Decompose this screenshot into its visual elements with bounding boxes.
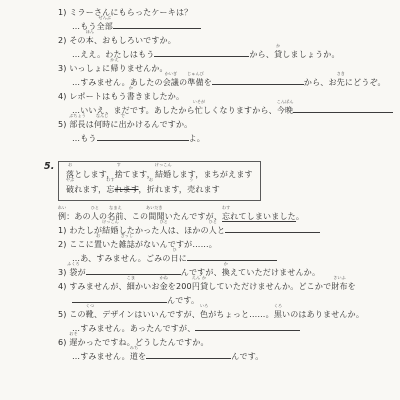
ruby-kanji: 今晩こんばん — [277, 104, 293, 118]
furigana: えん — [192, 276, 200, 280]
furigana: じゅんび — [187, 72, 204, 76]
furigana: いそが — [193, 100, 206, 104]
ruby-kanji: 準備じゅんび — [187, 76, 203, 90]
furigana: う — [189, 178, 193, 182]
furigana: わす — [222, 206, 230, 210]
furigana: さいふ — [333, 276, 346, 280]
furigana: ふくろ — [67, 262, 80, 266]
ruby-kanji: 日ひ — [171, 252, 179, 266]
furigana: ひと — [159, 220, 167, 224]
exercise-5-header: 5. 落おとします，捨すてます，結婚けっこんします，まちがえます破やぶれます，忘… — [44, 161, 400, 201]
text-line: …いいえ、まだです。あしたから忙いそがしくなりますから、今晩こんばん — [58, 104, 400, 118]
furigana: さき — [337, 72, 345, 76]
furigana: なまえ — [109, 206, 122, 210]
answer-blank — [212, 77, 304, 85]
answer-blank — [154, 49, 249, 57]
furigana: けっこん — [155, 163, 172, 167]
furigana: おそ — [69, 332, 77, 336]
furigana: くつ — [86, 304, 94, 308]
ruby-kanji: 貸か — [200, 280, 208, 294]
answer-blank — [293, 105, 393, 113]
furigana: れい — [58, 206, 66, 210]
ruby-kanji: 円えん — [192, 280, 200, 294]
ruby-kanji: 売う — [187, 182, 195, 197]
furigana: ひ — [173, 248, 177, 252]
furigana: お — [149, 178, 153, 182]
furigana: き — [158, 206, 162, 210]
answer-blank — [225, 225, 320, 233]
text-line: 落おとします，捨すてます，結婚けっこんします，まちがえます — [66, 167, 253, 182]
ruby-kanji: 捨す — [115, 167, 123, 182]
crossed-out-word: 忘わすれます — [106, 185, 138, 194]
ruby-kanji: 置お — [94, 238, 102, 252]
text-line: …すみません。あしたの会議かいぎの準備じゅんびをから、お先さきにどうぞ。 — [58, 76, 400, 90]
text-line: 2) その本ほん、おもしろいですか。 — [58, 34, 400, 48]
answer-blank — [195, 323, 300, 331]
ruby-kanji: 先さき — [337, 76, 345, 90]
furigana: かいぎ — [165, 72, 178, 76]
text-line: 6) 遅おそかったですね。どうしたんですか。 — [58, 336, 400, 350]
furigana: で — [121, 114, 125, 118]
furigana: みち — [130, 346, 138, 350]
text-line: んです。 — [58, 294, 400, 308]
ruby-kanji: 結婚けっこん — [155, 167, 171, 182]
text-line: …もうよ。 — [58, 132, 400, 146]
furigana: ぶちょう — [69, 114, 86, 118]
furigana: こんばん — [277, 100, 294, 104]
ruby-kanji: 間あいだ — [148, 210, 156, 224]
furigana: いろ — [200, 304, 208, 308]
answer-blank — [113, 21, 201, 29]
ruby-kanji: 貸か — [274, 48, 282, 62]
furigana: か — [276, 44, 280, 48]
exercise-5-lines: 例れい：あの人ひとの名前なまえ、この間あいだ聞きいたんですが、忘わすれてしまいま… — [58, 210, 400, 364]
ruby-kanji: 忙いそが — [195, 104, 203, 118]
ruby-kanji: 換か — [222, 266, 230, 280]
furigana: ぜんぶ — [99, 16, 112, 20]
answer-blank — [146, 351, 231, 359]
furigana: なんじ — [96, 114, 109, 118]
furigana: ひと — [209, 220, 217, 224]
ruby-kanji: 結婚けっこん — [102, 224, 118, 238]
text-line: 5) この靴くつ、デザインはいいんですが、色いろがちょっと……。黒くろいのはあり… — [58, 308, 400, 322]
ruby-kanji: 忘わす — [222, 210, 230, 224]
workbook-page: 1) ミラーさんにもらったケーキは？…もう全部ぜんぶ2) その本ほん、おもしろい… — [0, 0, 400, 400]
exercise-4-lines: 1) ミラーさんにもらったケーキは？…もう全部ぜんぶ2) その本ほん、おもしろい… — [58, 6, 400, 146]
ruby-kanji: 何時なんじ — [94, 118, 110, 132]
ruby-kanji: 書か — [127, 90, 135, 104]
ruby-kanji: 遅おそ — [69, 336, 77, 350]
ruby-kanji: 本ほん — [86, 34, 94, 48]
furigana: か — [202, 276, 206, 280]
furigana: か — [129, 86, 133, 90]
furigana: す — [117, 163, 121, 167]
text-line: 2) ここに置おいた雑誌ざっしがないんですが……。 — [58, 238, 400, 252]
ruby-kanji: 出で — [119, 118, 127, 132]
text-line: 4) すみませんが、細こまかいお金かねを200円えん貸かしていただけませんか。ど… — [58, 280, 400, 294]
ruby-kanji: 全部ぜんぶ — [97, 20, 113, 34]
furigana: ざっし — [120, 234, 133, 238]
ruby-kanji: 会議かいぎ — [163, 76, 179, 90]
ruby-kanji: 財布さいふ — [331, 280, 347, 294]
exercise-5-number: 5. — [44, 161, 58, 173]
furigana: かえ — [110, 58, 118, 62]
ruby-kanji: 忘わす — [106, 182, 114, 197]
text-line: 破やぶれます，忘わすれます，折おれます，売うれます — [66, 182, 253, 197]
text-line: …すみません。あったんですが、 — [58, 322, 400, 336]
furigana: お — [96, 234, 100, 238]
ruby-kanji: 道みち — [130, 350, 138, 364]
ruby-kanji: 色いろ — [200, 308, 208, 322]
text-line: …すみません。道みちをんです。 — [58, 350, 400, 364]
ruby-kanji: 人ひと — [91, 210, 99, 224]
page-content: 1) ミラーさんにもらったケーキは？…もう全部ぜんぶ2) その本ほん、おもしろい… — [0, 0, 400, 364]
furigana: ほん — [86, 30, 94, 34]
ruby-kanji: 金かね — [160, 280, 168, 294]
ruby-kanji: 人ひと — [160, 224, 168, 238]
furigana: ひと — [91, 206, 99, 210]
text-line: 1) わたしが結婚けっこんしたかった人ひとは、ほかの人ひとと — [58, 224, 400, 238]
ruby-kanji: 帰かえ — [110, 62, 118, 76]
ruby-kanji: 例れい — [58, 210, 66, 224]
furigana: くろ — [274, 304, 282, 308]
furigana: かね — [159, 276, 167, 280]
ruby-kanji: 袋ふくろ — [69, 266, 77, 280]
furigana: やぶ — [66, 178, 74, 182]
ruby-kanji: 人ひと — [209, 224, 217, 238]
ruby-kanji: 破やぶ — [66, 182, 74, 197]
furigana: けっこん — [102, 220, 119, 224]
answer-blank — [187, 253, 277, 261]
furigana: か — [224, 262, 228, 266]
furigana: お — [68, 163, 72, 167]
answer-blank — [97, 133, 189, 141]
ruby-kanji: 雑誌ざっし — [119, 238, 135, 252]
text-line: 3) 袋ふくろがんですが、換かえていただけませんか。 — [58, 266, 400, 280]
ruby-kanji: 細こま — [127, 280, 135, 294]
text-line: …あ、すみません。ごみの日ひに — [58, 252, 400, 266]
text-line: …もう全部ぜんぶ — [58, 20, 400, 34]
text-line: 5) 部長ぶちょうは何時なんじに出でかけるんですか。 — [58, 118, 400, 132]
underlined-answer: 忘わすれてしまいました — [222, 212, 296, 222]
ruby-kanji: 黒くろ — [274, 308, 282, 322]
ruby-kanji: 折お — [147, 182, 155, 197]
ruby-kanji: 部長ぶちょう — [69, 118, 85, 132]
ruby-kanji: 靴くつ — [86, 308, 94, 322]
text-line: 3) いっしょに帰かえりませんか。 — [58, 62, 400, 76]
furigana: こま — [127, 276, 135, 280]
word-choice-box: 落おとします，捨すてます，結婚けっこんします，まちがえます破やぶれます，忘わすれ… — [58, 161, 261, 201]
text-line: 4) レポートはもう書かきましたか。 — [58, 90, 400, 104]
furigana: わす — [106, 178, 114, 182]
